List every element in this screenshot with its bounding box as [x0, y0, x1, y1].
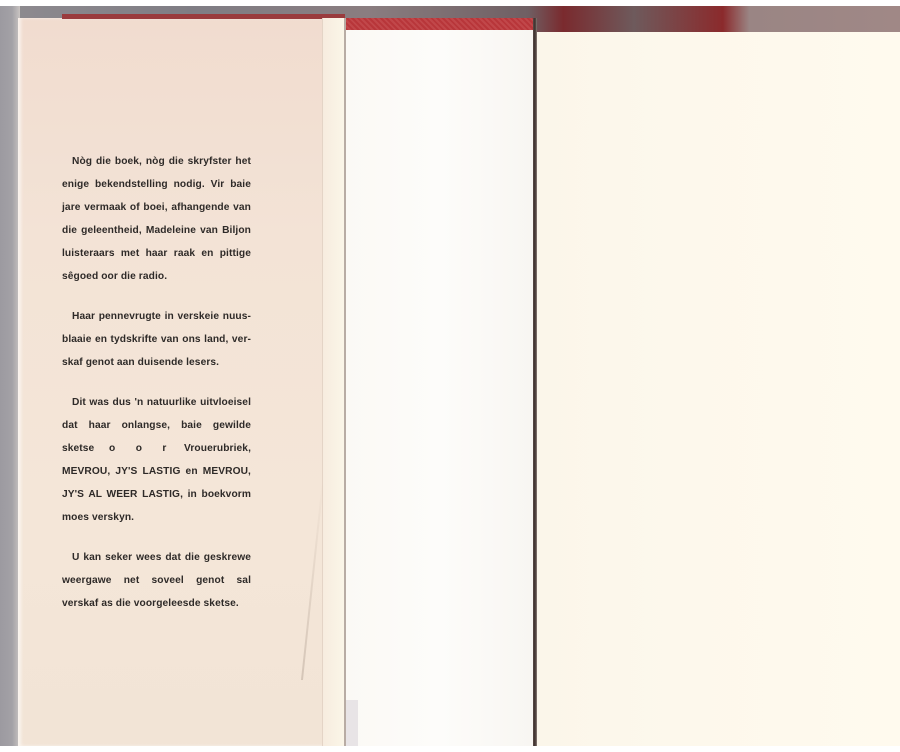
blurb-paragraph-1: Nòg die boek, nòg die skryfster het enig… — [62, 150, 251, 288]
blurb-paragraph-3: Dit was dus 'n natuurlike uitvloeisel da… — [62, 391, 251, 529]
blurb-paragraph-2: Haar pennevrugte in verskeie nuus-blaaie… — [62, 305, 251, 374]
endpaper-bottom-shadow — [346, 700, 358, 746]
blurb-paragraph-4: U kan seker wees dat die geskrewe weerga… — [62, 546, 251, 615]
flap-blurb: Nòg die boek, nòg die skryfster het enig… — [62, 150, 251, 632]
endpaper — [346, 18, 534, 746]
left-scanner-edge — [0, 6, 20, 746]
endpaper-red-binding — [346, 18, 534, 30]
bottom-margin — [0, 746, 900, 752]
blank-right-page — [537, 32, 900, 746]
scanned-book-spread: Nòg die boek, nòg die skryfster het enig… — [0, 0, 900, 752]
blurb-spaced-word: o o r — [109, 443, 169, 454]
flap-fold-strip — [322, 18, 345, 746]
flap-top-red-edge — [62, 14, 345, 19]
blurb-paragraph-3-end: Vrouerubriek, MEVROU, JY'S LASTIG en MEV… — [62, 443, 251, 523]
